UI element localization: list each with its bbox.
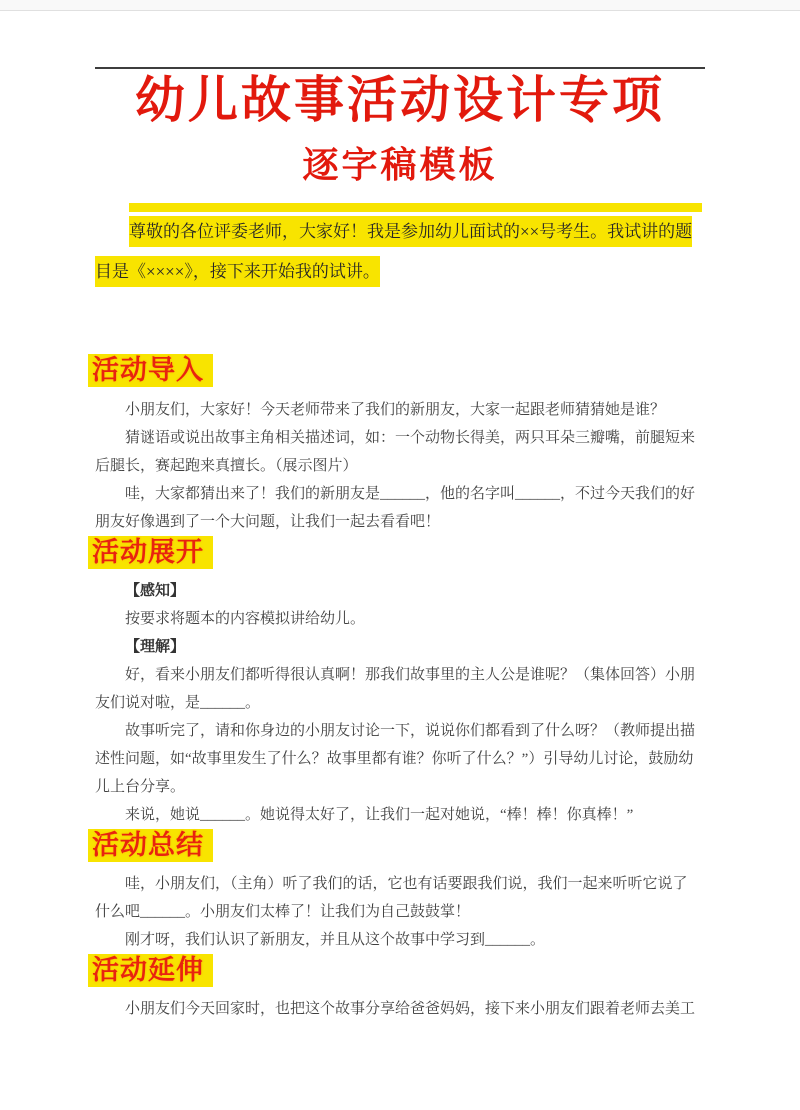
section-heading: 活动展开 [88, 536, 213, 569]
section-body: 小朋友们，大家好！今天老师带来了我们的新朋友，大家一起跟老师猜猜她是谁？ 猜谜语… [0, 387, 800, 536]
section-body: 【感知】 按要求将题本的内容模拟讲给幼儿。 【理解】 好，看来小朋友们都听得很认… [0, 569, 800, 829]
section-activity-lead-in: 活动导入 小朋友们，大家好！今天老师带来了我们的新朋友，大家一起跟老师猜猜她是谁… [0, 354, 800, 536]
paragraph: 哇，大家都猜出来了！我们的新朋友是______，他的名字叫______，不过今天… [0, 480, 800, 536]
paragraph-label: 【感知】 [0, 577, 800, 605]
section-heading-row: 活动展开 [0, 536, 800, 569]
section-heading: 活动总结 [88, 829, 213, 862]
paragraph: 刚才呀，我们认识了新朋友，并且从这个故事中学习到______。 [0, 926, 800, 954]
section-activity-summary: 活动总结 哇，小朋友们，（主角）听了我们的话，它也有话要跟我们说，我们一起来听听… [0, 829, 800, 954]
section-body: 小朋友们今天回家时，也把这个故事分享给爸爸妈妈，接下来小朋友们跟着老师去美工 [0, 987, 800, 1023]
paragraph: 小朋友们今天回家时，也把这个故事分享给爸爸妈妈，接下来小朋友们跟着老师去美工 [0, 995, 800, 1023]
paragraph: 哇，小朋友们，（主角）听了我们的话，它也有话要跟我们说，我们一起来听听它说了什么… [0, 870, 800, 926]
paragraph: 来说，她说______。她说得太好了，让我们一起对她说，“棒！棒！你真棒！” [0, 801, 800, 829]
paragraph: 故事听完了，请和你身边的小朋友讨论一下，说说你们都看到了什么呀？（教师提出描述性… [0, 717, 800, 801]
intro-paragraph: 尊敬的各位评委老师，大家好！我是参加幼儿面试的××号考生。我试讲的题目是《×××… [0, 212, 800, 292]
section-heading-row: 活动延伸 [0, 954, 800, 987]
paragraph: 小朋友们，大家好！今天老师带来了我们的新朋友，大家一起跟老师猜猜她是谁？ [0, 396, 800, 424]
section-heading: 活动延伸 [88, 954, 213, 987]
paragraph-label: 【理解】 [0, 633, 800, 661]
highlight-strip [129, 203, 702, 212]
paragraph: 猜谜语或说出故事主角相关描述词，如：一个动物长得美，两只耳朵三瓣嘴，前腿短来后腿… [0, 424, 800, 480]
paragraph: 好，看来小朋友们都听得很认真啊！那我们故事里的主人公是谁呢？（集体回答）小朋友们… [0, 661, 800, 717]
page-top-edge [0, 0, 800, 11]
section-activity-development: 活动展开 【感知】 按要求将题本的内容模拟讲给幼儿。 【理解】 好，看来小朋友们… [0, 536, 800, 829]
section-heading-row: 活动总结 [0, 829, 800, 862]
page-subtitle: 逐字稿模板 [0, 143, 800, 187]
page-title: 幼儿故事活动设计专项 [0, 71, 800, 129]
section-heading-row: 活动导入 [0, 354, 800, 387]
section-activity-extension: 活动延伸 小朋友们今天回家时，也把这个故事分享给爸爸妈妈，接下来小朋友们跟着老师… [0, 954, 800, 1023]
intro-highlight: 尊敬的各位评委老师，大家好！我是参加幼儿面试的××号考生。我试讲的题目是《×××… [95, 216, 692, 287]
section-heading: 活动导入 [88, 354, 213, 387]
title-rule [95, 67, 705, 69]
paragraph: 按要求将题本的内容模拟讲给幼儿。 [0, 605, 800, 633]
section-body: 哇，小朋友们，（主角）听了我们的话，它也有话要跟我们说，我们一起来听听它说了什么… [0, 862, 800, 954]
